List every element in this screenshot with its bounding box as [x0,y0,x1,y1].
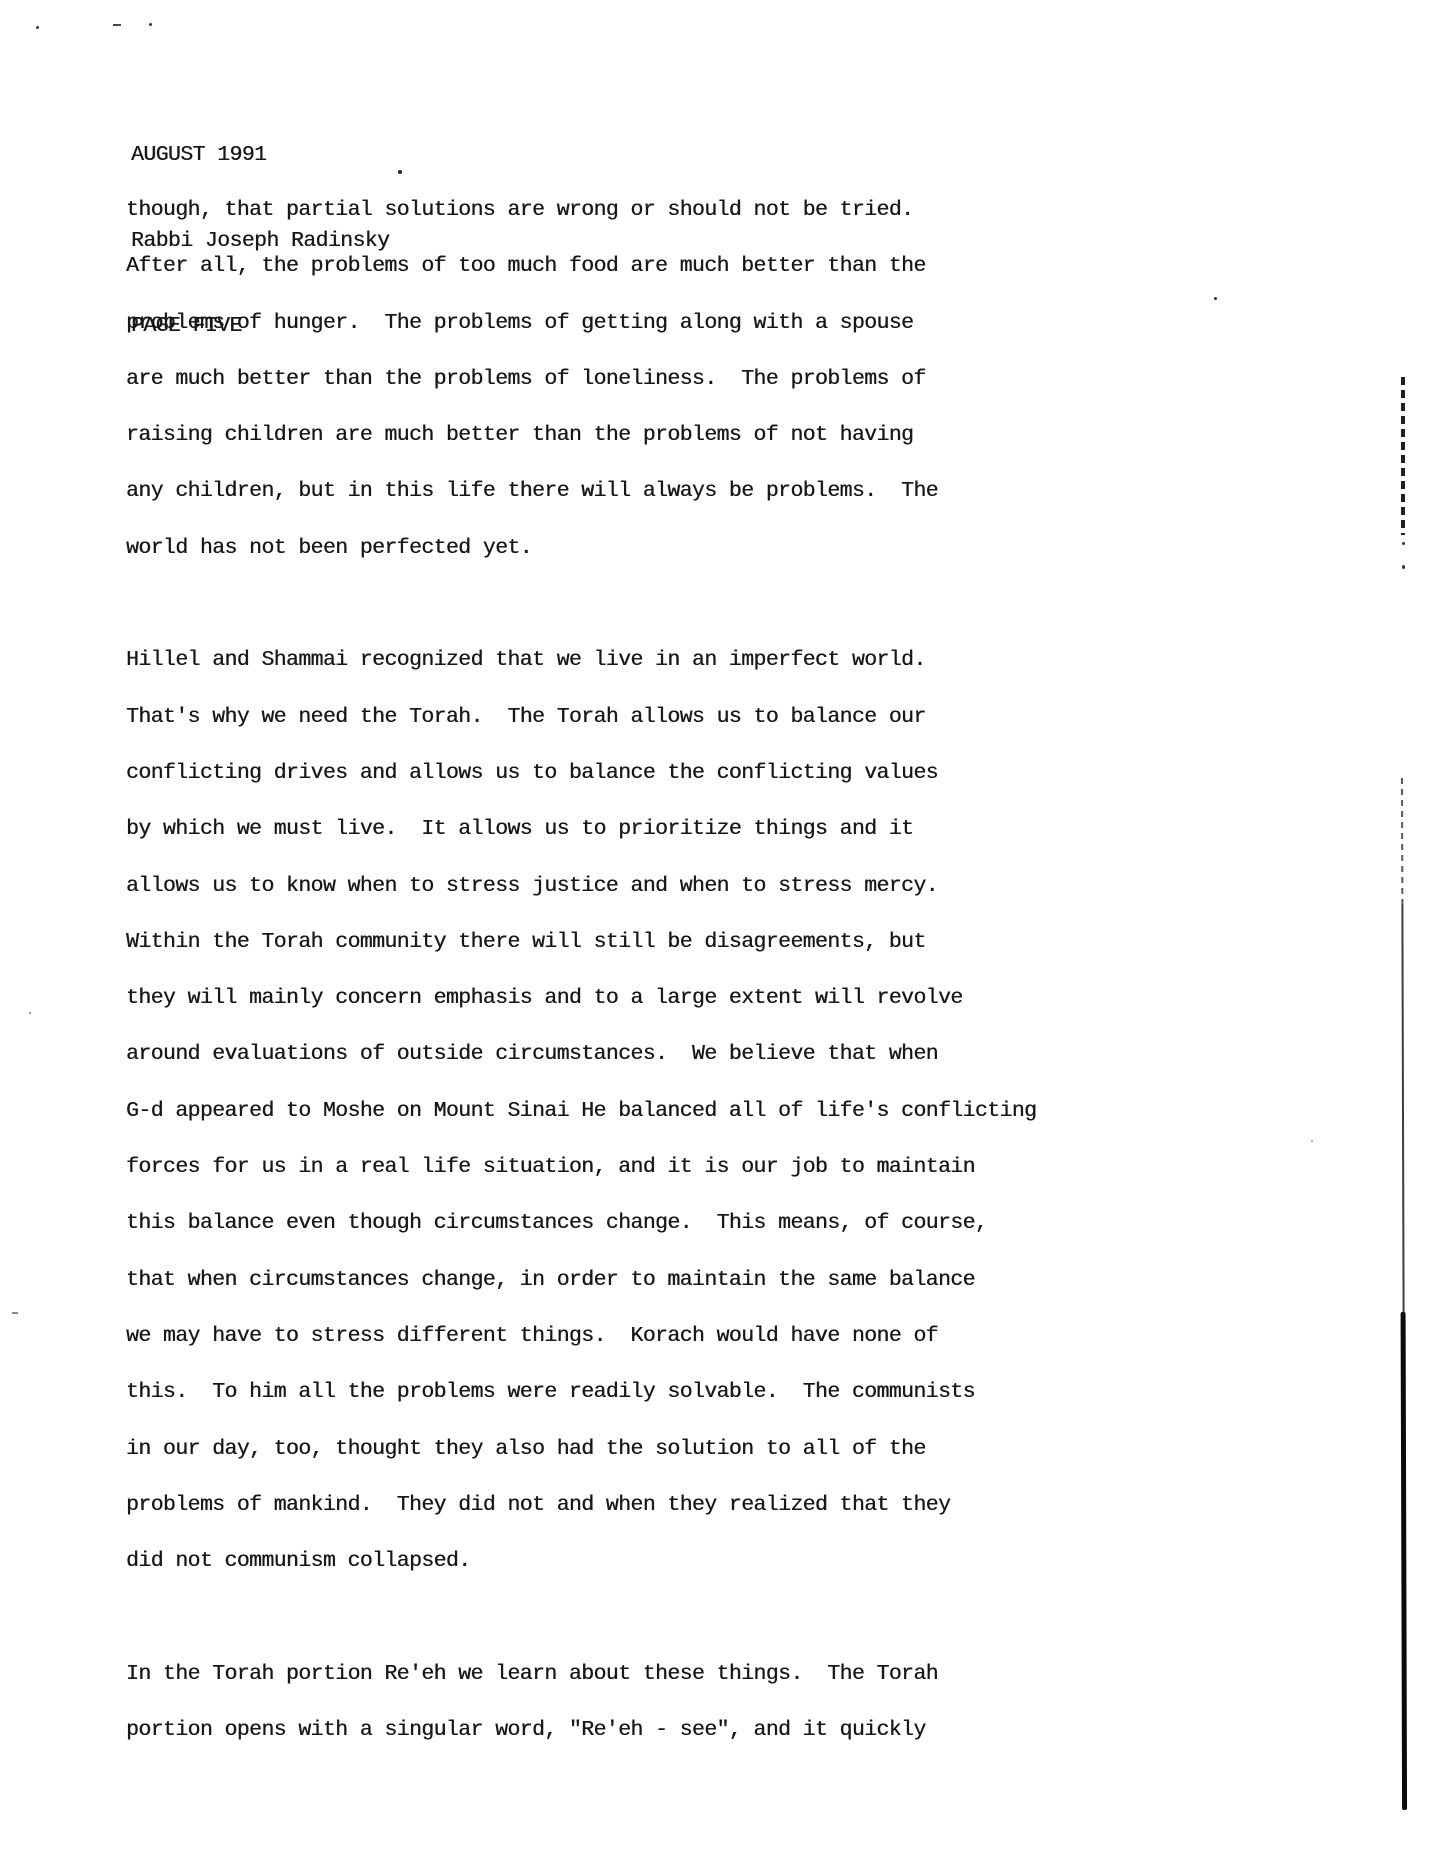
scanned-document-page: AUGUST 1991 Rabbi Joseph Radinsky PAGE F… [0,0,1430,1851]
paragraph: though, that partial solutions are wrong… [126,182,1036,576]
text-line: are much better than the problems of lon… [126,351,1036,407]
text-line: that when circumstances change, in order… [126,1252,1036,1308]
text-line: portion opens with a singular word, "Re'… [126,1702,1036,1758]
text-line: though, that partial solutions are wrong… [126,182,1036,238]
text-line: raising children are much better than th… [126,407,1036,463]
text-line: in our day, too, thought they also had t… [126,1421,1036,1477]
text-line: Hillel and Shammai recognized that we li… [126,632,1036,688]
text-line: did not communism collapsed. [126,1533,1036,1589]
text-line: forces for us in a real life situation, … [126,1139,1036,1195]
scan-speck [113,24,121,26]
text-line: this. To him all the problems were readi… [126,1364,1036,1420]
scan-speck [1214,297,1217,300]
text-line: allows us to know when to stress justice… [126,858,1036,914]
document-body: though, that partial solutions are wrong… [126,182,1036,1815]
scan-edge-line-faint [1401,778,1403,906]
scan-speck [29,1012,31,1014]
text-line: Within the Torah community there will st… [126,914,1036,970]
text-line: any children, but in this life there wil… [126,463,1036,519]
text-line: conflicting drives and allows us to bala… [126,745,1036,801]
text-line: G-d appeared to Moshe on Mount Sinai He … [126,1083,1036,1139]
text-line: world has not been perfected yet. [126,520,1036,576]
header-date: AUGUST 1991 [131,141,389,170]
text-line: around evaluations of outside circumstan… [126,1026,1036,1082]
scan-speck [1402,542,1405,545]
scan-speck [398,170,402,174]
scan-edge-line-thick [1401,1312,1407,1810]
text-line: problems of mankind. They did not and wh… [126,1477,1036,1533]
scan-edge-line-thin [1401,904,1405,1314]
text-line: this balance even though circumstances c… [126,1195,1036,1251]
text-line: problems of hunger. The problems of gett… [126,295,1036,351]
text-line: by which we must live. It allows us to p… [126,801,1036,857]
text-line: we may have to stress different things. … [126,1308,1036,1364]
scan-speck [1402,565,1405,569]
text-line: After all, the problems of too much food… [126,238,1036,294]
paragraph: Hillel and Shammai recognized that we li… [126,632,1036,1589]
scan-speck [36,26,39,29]
text-line: they will mainly concern emphasis and to… [126,970,1036,1026]
text-line: That's why we need the Torah. The Torah … [126,689,1036,745]
scan-speck [149,23,152,26]
text-line: In the Torah portion Re'eh we learn abou… [126,1646,1036,1702]
scan-speck [12,1312,18,1314]
scan-edge-line [1398,778,1409,1812]
scan-edge-dashes [1401,377,1405,535]
paragraph: In the Torah portion Re'eh we learn abou… [126,1646,1036,1759]
scan-speck [1311,1140,1313,1142]
